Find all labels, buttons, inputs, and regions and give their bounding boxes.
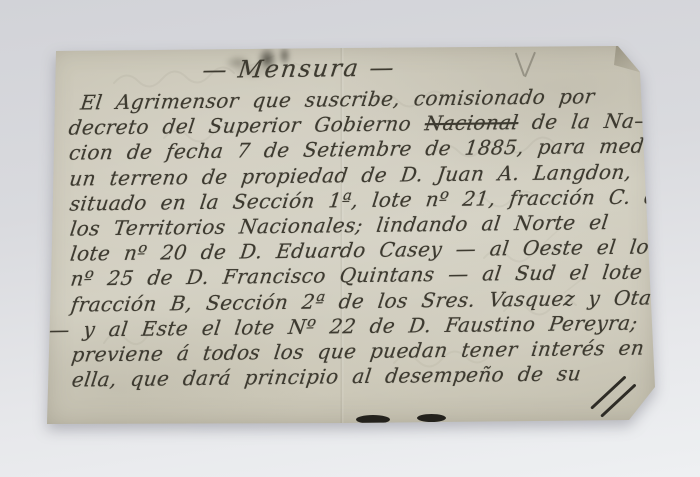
line-segment: de la Na— [517, 109, 657, 135]
ink-blot [356, 415, 390, 424]
manuscript-paper: — Mensura — El Agrimensor que suscribe, … [44, 43, 658, 427]
paper-shadow: — Mensura — El Agrimensor que suscribe, … [44, 43, 658, 427]
ink-blot [417, 414, 446, 422]
manuscript-title: — Mensura — [66, 51, 532, 87]
line-segment: decreto del Superior Gobierno [67, 111, 426, 139]
manuscript-text: — Mensura — El Agrimensor que suscribe, … [68, 49, 658, 392]
document-photo: — Mensura — El Agrimensor que suscribe, … [0, 0, 700, 477]
strikethrough-word: Nacional [423, 110, 520, 135]
